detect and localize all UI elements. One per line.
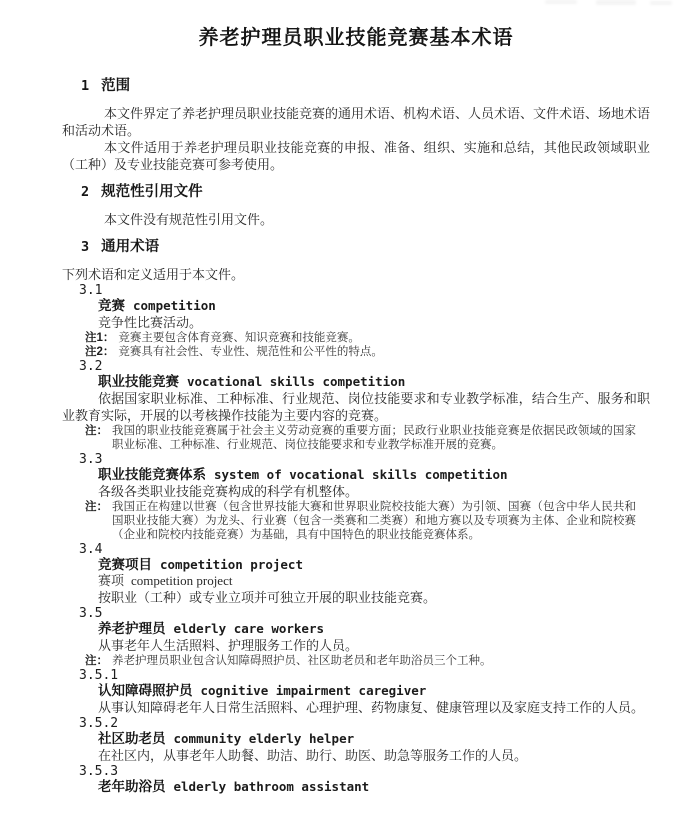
term-definition: 在社区内，从事老年人助餐、助洁、助行、助医、助急等服务工作的人员。 [62, 747, 650, 764]
term-chinese: 竞赛 [98, 298, 125, 313]
term-number: 3.4 [79, 542, 650, 557]
term-chinese: 养老护理员 [98, 621, 166, 636]
term-entry-3.5.2: 3.5.2社区助老员community elderly helper在社区内，从… [62, 716, 650, 764]
term-number: 3.5.1 [79, 668, 650, 683]
document-page: 养老护理员职业技能竞赛基本术语 1范围本文件界定了养老护理员职业技能竞赛的通用术… [0, 0, 700, 814]
note-text: 我国的职业技能竞赛属于社会主义劳动竞赛的重要方面；民政行业职业技能竞赛是依据民政… [112, 424, 650, 452]
synonym-chinese: 赛项 [98, 573, 124, 588]
term-chinese: 职业技能竞赛 [98, 374, 179, 389]
clipped-header-mark [650, 1, 672, 5]
term-english: cognitive impairment caregiver [201, 683, 427, 698]
section-3: 3通用术语下列术语和定义适用于本文件。3.1竞赛competition竞争性比赛… [62, 238, 650, 795]
term-entry-3.4: 3.4竞赛项目competition project赛项competition … [62, 542, 650, 606]
term-definition: 按职业（工种）或专业立项并可独立开展的职业技能竞赛。 [62, 589, 650, 606]
term-heading: 竞赛competition [98, 298, 650, 314]
term-chinese: 社区助老员 [98, 731, 166, 746]
term-heading: 养老护理员elderly care workers [98, 621, 650, 637]
term-number: 3.5.3 [79, 764, 650, 779]
term-chinese: 职业技能竞赛体系 [98, 467, 206, 482]
term-english: elderly care workers [174, 621, 325, 636]
synonym-english: competition project [131, 573, 232, 588]
term-entry-3.3: 3.3职业技能竞赛体系system of vocational skills c… [62, 452, 650, 542]
term-number: 3.5.2 [79, 716, 650, 731]
term-definition: 从事认知障碍老年人日常生活照料、心理护理、药物康复、健康管理以及家庭支持工作的人… [62, 699, 650, 716]
term-chinese: 竞赛项目 [98, 557, 152, 572]
note-label: 注： [85, 424, 108, 452]
term-english: community elderly helper [174, 731, 355, 746]
section-1: 1范围本文件界定了养老护理员职业技能竞赛的通用术语、机构术语、人员术语、文件术语… [62, 77, 650, 173]
term-heading: 竞赛项目competition project [98, 557, 650, 573]
term-english: competition [133, 298, 216, 313]
section-number: 1 [81, 78, 89, 94]
clipped-header-mark [596, 0, 636, 5]
paragraph: 本文件适用于养老护理员职业技能竞赛的申报、准备、组织、实施和总结，其他民政领域职… [62, 139, 650, 173]
term-note: 注：养老护理员职业包含认知障碍照护员、社区助老员和老年助浴员三个工种。 [85, 654, 650, 668]
note-label: 注2： [85, 345, 114, 359]
document-content: 1范围本文件界定了养老护理员职业技能竞赛的通用术语、机构术语、人员术语、文件术语… [62, 77, 650, 795]
section-heading: 3通用术语 [81, 238, 650, 256]
note-text: 养老护理员职业包含认知障碍照护员、社区助老员和老年助浴员三个工种。 [112, 654, 650, 668]
term-number: 3.2 [79, 359, 650, 374]
section-number: 2 [81, 184, 89, 200]
term-heading: 社区助老员community elderly helper [98, 731, 650, 747]
section-heading: 2规范性引用文件 [81, 183, 650, 201]
section-2: 2规范性引用文件本文件没有规范性引用文件。 [62, 183, 650, 228]
term-english: system of vocational skills competition [214, 467, 508, 482]
term-number: 3.5 [79, 606, 650, 621]
note-label: 注： [85, 654, 108, 668]
term-definition: 从事老年人生活照料、护理服务工作的人员。 [62, 637, 650, 654]
term-note: 注：我国的职业技能竞赛属于社会主义劳动竞赛的重要方面；民政行业职业技能竞赛是依据… [85, 424, 650, 452]
term-note: 注：我国正在构建以世赛（包含世界技能大赛和世界职业院校技能大赛）为引领、国赛（包… [85, 500, 650, 542]
term-english: vocational skills competition [187, 374, 405, 389]
term-english: elderly bathroom assistant [174, 779, 370, 794]
note-label: 注1： [85, 331, 114, 345]
section-heading-text: 范围 [101, 78, 130, 94]
term-english: competition project [160, 557, 303, 572]
term-definition: 竞争性比赛活动。 [62, 314, 650, 331]
term-entry-3.5.3: 3.5.3老年助浴员elderly bathroom assistant [62, 764, 650, 795]
note-text: 竞赛具有社会性、专业性、规范性和公平性的特点。 [118, 345, 650, 359]
note-label: 注： [85, 500, 108, 542]
term-note: 注1：竞赛主要包含体育竞赛、知识竞赛和技能竞赛。 [85, 331, 650, 345]
section-number: 3 [81, 239, 89, 255]
term-definition: 依据国家职业标准、工种标准、行业规范、岗位技能要求和专业教学标准，结合生产、服务… [62, 390, 650, 424]
term-entry-3.5.1: 3.5.1认知障碍照护员cognitive impairment caregiv… [62, 668, 650, 716]
section-heading-text: 规范性引用文件 [101, 184, 203, 200]
term-synonym: 赛项competition project [98, 573, 650, 589]
term-definition: 各级各类职业技能竞赛构成的科学有机整体。 [62, 483, 650, 500]
term-chinese: 认知障碍照护员 [98, 683, 193, 698]
term-heading: 职业技能竞赛体系system of vocational skills comp… [98, 467, 650, 483]
term-heading: 职业技能竞赛vocational skills competition [98, 374, 650, 390]
term-entry-3.5: 3.5养老护理员elderly care workers从事老年人生活照料、护理… [62, 606, 650, 668]
paragraph: 本文件界定了养老护理员职业技能竞赛的通用术语、机构术语、人员术语、文件术语、场地… [62, 105, 650, 139]
term-entry-3.1: 3.1竞赛competition竞争性比赛活动。注1：竞赛主要包含体育竞赛、知识… [62, 283, 650, 359]
clipped-header-mark [545, 0, 577, 4]
term-heading: 老年助浴员elderly bathroom assistant [98, 779, 650, 795]
term-chinese: 老年助浴员 [98, 779, 166, 794]
section-heading: 1范围 [81, 77, 650, 95]
term-heading: 认知障碍照护员cognitive impairment caregiver [98, 683, 650, 699]
note-text: 竞赛主要包含体育竞赛、知识竞赛和技能竞赛。 [118, 331, 650, 345]
terms-intro: 下列术语和定义适用于本文件。 [62, 266, 650, 283]
document-title: 养老护理员职业技能竞赛基本术语 [62, 25, 650, 51]
section-heading-text: 通用术语 [101, 239, 159, 255]
term-entry-3.2: 3.2职业技能竞赛vocational skills competition依据… [62, 359, 650, 452]
term-number: 3.3 [79, 452, 650, 467]
paragraph: 本文件没有规范性引用文件。 [62, 211, 650, 228]
note-text: 我国正在构建以世赛（包含世界技能大赛和世界职业院校技能大赛）为引领、国赛（包含中… [112, 500, 650, 542]
term-number: 3.1 [79, 283, 650, 298]
term-note: 注2：竞赛具有社会性、专业性、规范性和公平性的特点。 [85, 345, 650, 359]
